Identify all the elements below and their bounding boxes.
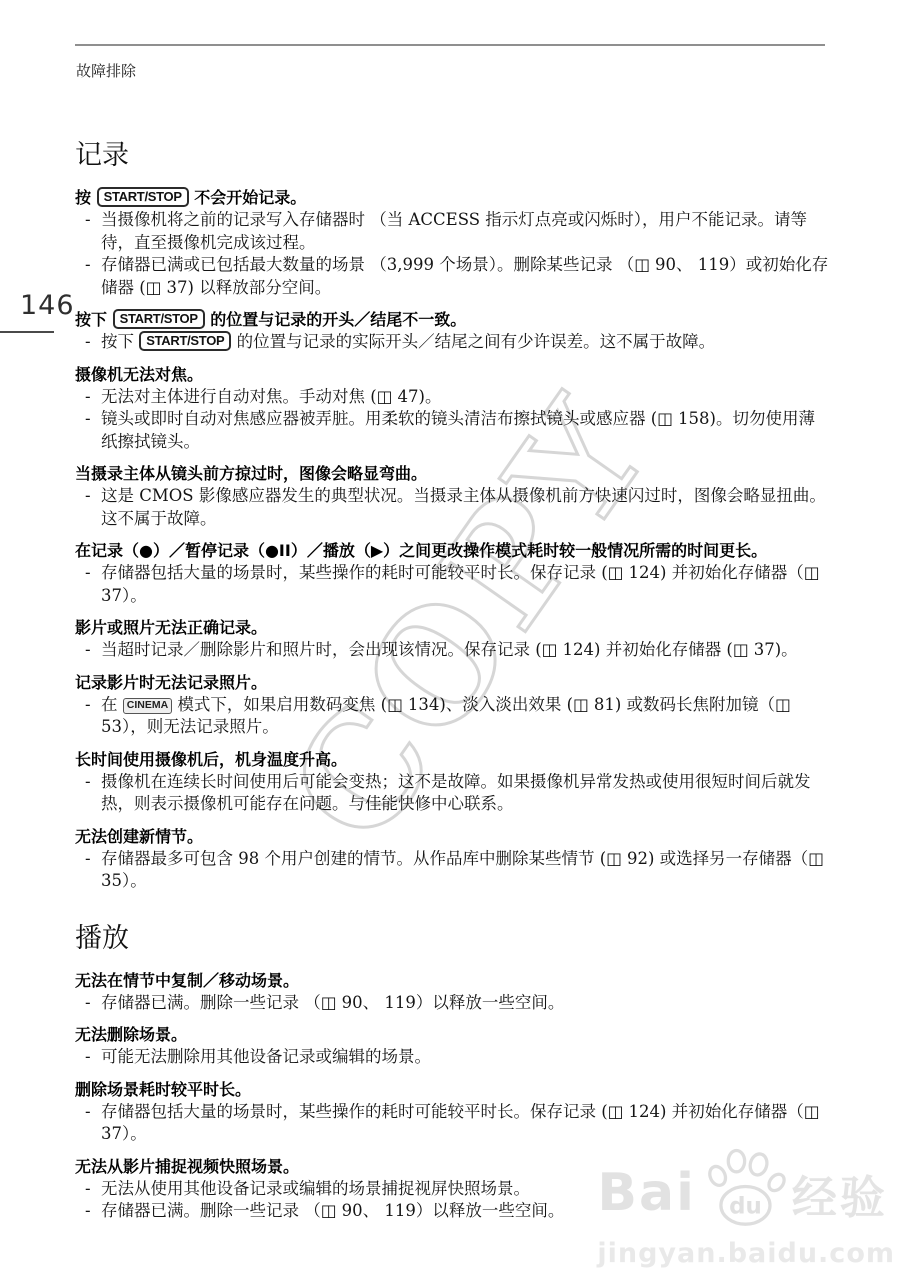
problem-block: 无法删除场景。 可能无法删除用其他设备记录或编辑的场景。 bbox=[75, 1023, 829, 1069]
problem-block: 记录影片时无法记录照片。 在 CINEMA 模式下，如果启用数码变焦 (◫ 13… bbox=[75, 671, 829, 739]
solution-bullet: 存储器包括大量的场景时，某些操作的耗时可能较平时长。保存记录 (◫ 124) 并… bbox=[75, 562, 829, 607]
section-title-playback: 播放 bbox=[75, 923, 829, 954]
solution-bullet: 在 CINEMA 模式下，如果启用数码变焦 (◫ 134)、淡入淡出效果 (◫ … bbox=[75, 694, 829, 739]
problem-title: 按 START/STOP 不会开始记录。 bbox=[75, 186, 829, 209]
solution-bullet: 当摄像机将之前的记录写入存储器时 （当 ACCESS 指示灯点亮或闪烁时），用户… bbox=[75, 209, 829, 254]
problem-title: 按下 START/STOP 的位置与记录的开头／结尾不一致。 bbox=[75, 308, 829, 331]
solution-bullet: 这是 CMOS 影像感应器发生的典型状况。当摄录主体从摄像机前方快速闪过时，图像… bbox=[75, 485, 829, 530]
solution-bullet: 无法对主体进行自动对焦。手动对焦 (◫ 47)。 bbox=[75, 386, 829, 409]
problem-block: 删除场景耗时较平时长。 存储器包括大量的场景时，某些操作的耗时可能较平时长。保存… bbox=[75, 1078, 829, 1146]
page-number-rule bbox=[0, 331, 54, 333]
problem-title: 长时间使用摄像机后，机身温度升高。 bbox=[75, 748, 829, 771]
problem-title: 摄像机无法对焦。 bbox=[75, 363, 829, 386]
start-stop-keycap: START/STOP bbox=[139, 331, 231, 351]
header-rule bbox=[75, 44, 825, 46]
solution-bullet: 存储器已满。删除一些记录 （◫ 90、 119）以释放一些空间。 bbox=[75, 1200, 829, 1223]
solution-bullet: 摄像机在连续长时间使用后可能会变热；这不是故障。如果摄像机异常发热或使用很短时间… bbox=[75, 771, 829, 816]
solution-bullet: 无法从使用其他设备记录或编辑的场景捕捉视屏快照场景。 bbox=[75, 1178, 829, 1201]
solution-bullet: 当超时记录／删除影片和照片时，会出现该情况。保存记录 (◫ 124) 并初始化存… bbox=[75, 639, 829, 662]
problem-block: 摄像机无法对焦。 无法对主体进行自动对焦。手动对焦 (◫ 47)。 镜头或即时自… bbox=[75, 363, 829, 454]
problem-block: 无法从影片捕捉视频快照场景。 无法从使用其他设备记录或编辑的场景捕捉视屏快照场景… bbox=[75, 1155, 829, 1223]
problem-title: 影片或照片无法正确记录。 bbox=[75, 616, 829, 639]
problem-title: 当摄录主体从镜头前方掠过时，图像会略显弯曲。 bbox=[75, 462, 829, 485]
problem-block: 在记录（●）／暂停记录（●II）／播放（▶）之间更改操作模式耗时较一般情况所需的… bbox=[75, 539, 829, 607]
problem-title: 无法删除场景。 bbox=[75, 1023, 829, 1046]
problem-title: 记录影片时无法记录照片。 bbox=[75, 671, 829, 694]
solution-bullet: 按下 START/STOP 的位置与记录的实际开头／结尾之间有少许误差。这不属于… bbox=[75, 331, 829, 354]
problem-title: 删除场景耗时较平时长。 bbox=[75, 1078, 829, 1101]
problem-block: 无法创建新情节。 存储器最多可包含 98 个用户创建的情节。从作品库中删除某些情… bbox=[75, 825, 829, 893]
problem-block: 当摄录主体从镜头前方掠过时，图像会略显弯曲。 这是 CMOS 影像感应器发生的典… bbox=[75, 462, 829, 530]
section-title-recording: 记录 bbox=[75, 140, 829, 171]
start-stop-keycap: START/STOP bbox=[97, 187, 189, 207]
problem-block: 按下 START/STOP 的位置与记录的开头／结尾不一致。 按下 START/… bbox=[75, 308, 829, 354]
solution-bullet: 镜头或即时自动对焦感应器被弄脏。用柔软的镜头清洁布擦拭镜头或感应器 (◫ 158… bbox=[75, 408, 829, 453]
page-content: 记录 按 START/STOP 不会开始记录。 当摄像机将之前的记录写入存储器时… bbox=[75, 140, 829, 1232]
problem-title: 无法创建新情节。 bbox=[75, 825, 829, 848]
problem-title: 在记录（●）／暂停记录（●II）／播放（▶）之间更改操作模式耗时较一般情况所需的… bbox=[75, 539, 829, 562]
cinema-mode-badge: CINEMA bbox=[123, 698, 172, 714]
problem-block: 影片或照片无法正确记录。 当超时记录／删除影片和照片时，会出现该情况。保存记录 … bbox=[75, 616, 829, 662]
baidu-jingyan-url: jingyan.baidu.com bbox=[597, 1238, 895, 1269]
problem-title: 无法在情节中复制／移动场景。 bbox=[75, 969, 829, 992]
problem-block: 无法在情节中复制／移动场景。 存储器已满。删除一些记录 （◫ 90、 119）以… bbox=[75, 969, 829, 1015]
problem-block: 按 START/STOP 不会开始记录。 当摄像机将之前的记录写入存储器时 （当… bbox=[75, 186, 829, 299]
solution-bullet: 存储器包括大量的场景时，某些操作的耗时可能较平时长。保存记录 (◫ 124) 并… bbox=[75, 1101, 829, 1146]
running-header: 故障排除 bbox=[76, 60, 136, 81]
solution-bullet: 存储器最多可包含 98 个用户创建的情节。从作品库中删除某些情节 (◫ 92) … bbox=[75, 848, 829, 893]
solution-bullet: 存储器已满。删除一些记录 （◫ 90、 119）以释放一些空间。 bbox=[75, 992, 829, 1015]
solution-bullet: 可能无法删除用其他设备记录或编辑的场景。 bbox=[75, 1046, 829, 1069]
solution-bullet: 存储器已满或已包括最大数量的场景 （3,999 个场景）。删除某些记录 （◫ 9… bbox=[75, 254, 829, 299]
start-stop-keycap: START/STOP bbox=[113, 309, 205, 329]
page-number: 146 bbox=[20, 290, 75, 321]
problem-block: 长时间使用摄像机后，机身温度升高。 摄像机在连续长时间使用后可能会变热；这不是故… bbox=[75, 748, 829, 816]
problem-title: 无法从影片捕捉视频快照场景。 bbox=[75, 1155, 829, 1178]
